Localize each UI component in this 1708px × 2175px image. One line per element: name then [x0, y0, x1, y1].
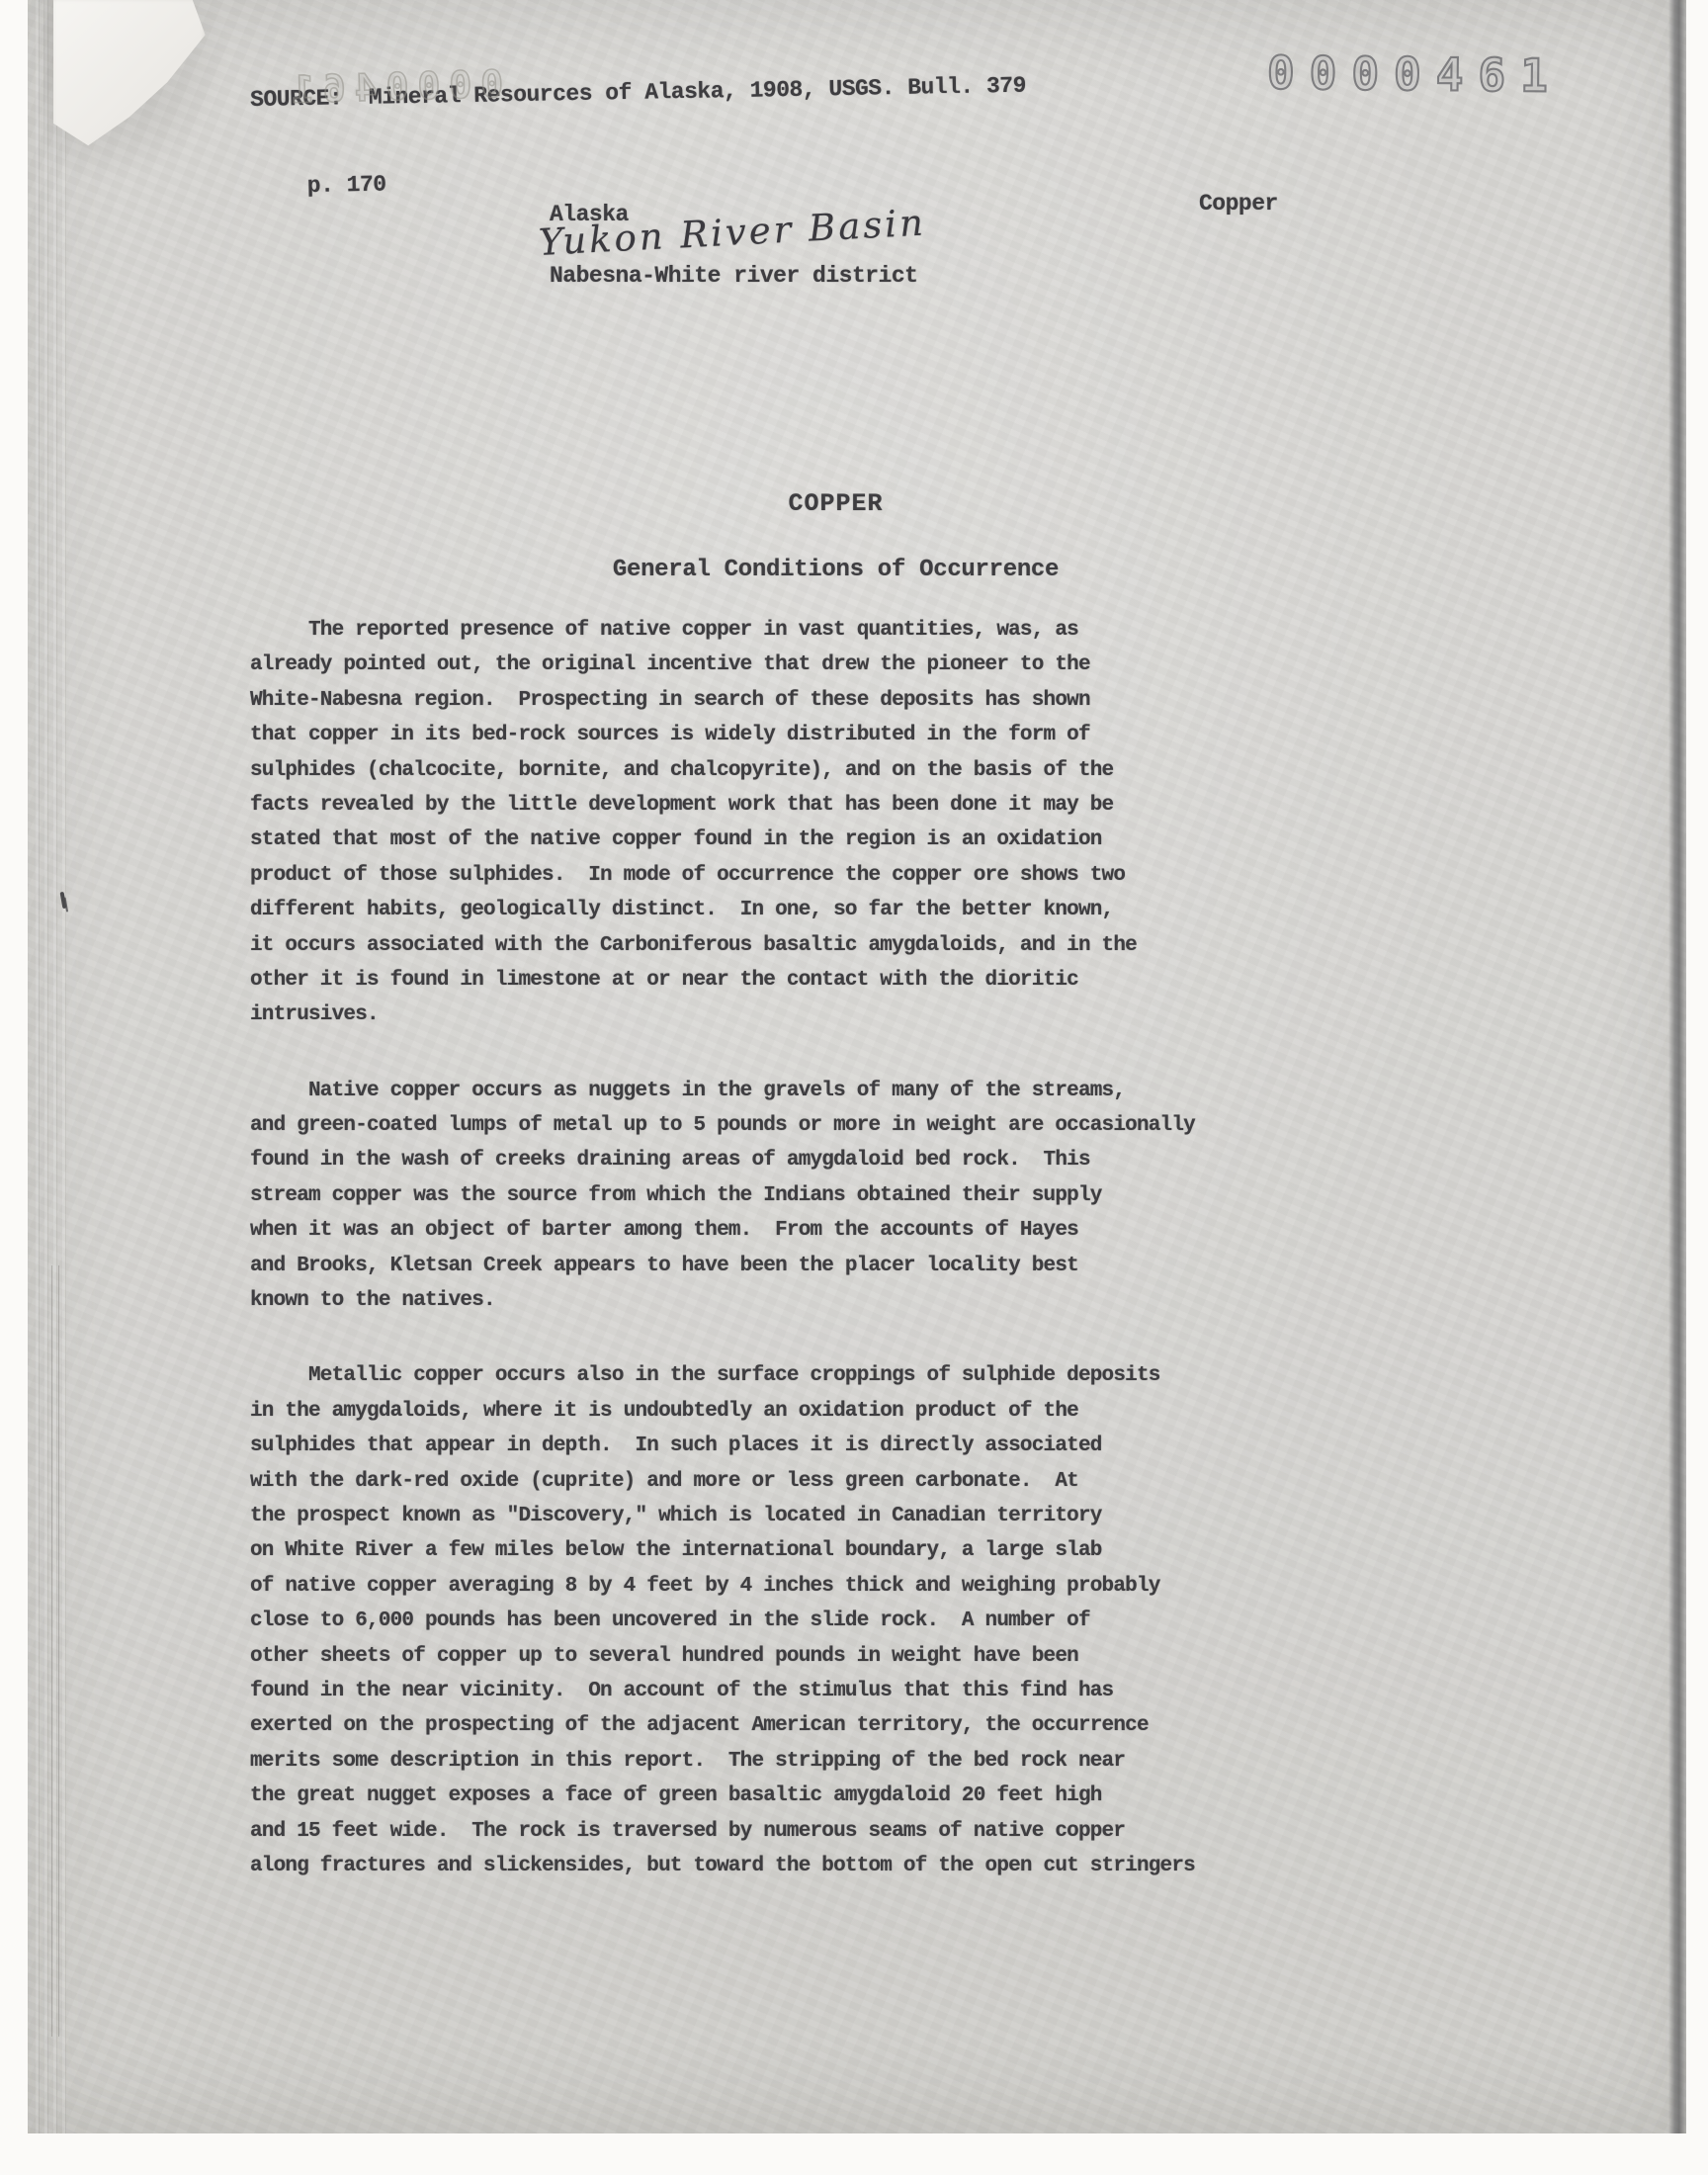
district-label: Nabesna-White river district [550, 263, 917, 289]
text-line: on White River a few miles below the int… [250, 1533, 1565, 1568]
text-line: merits some description in this report. … [250, 1744, 1565, 1779]
text-line: The reported presence of native copper i… [250, 613, 1565, 648]
text-line: sulphides (chalcocite, bornite, and chal… [250, 753, 1565, 788]
text-line: Metallic copper occurs also in the surfa… [250, 1358, 1565, 1393]
text-line: product of those sulphides. In mode of o… [250, 858, 1565, 893]
scanned-document-page: { "source": { "label": "SOURCE:", "citat… [0, 0, 1708, 2175]
text-line: found in the near vicinity. On account o… [250, 1674, 1565, 1708]
text-line: facts revealed by the little development… [250, 788, 1565, 823]
text-line: and 15 feet wide. The rock is traversed … [250, 1814, 1565, 1849]
text-line: close to 6,000 pounds has been uncovered… [250, 1604, 1565, 1638]
text-line: different habits, geologically distinct.… [250, 893, 1565, 927]
text-line: other it is found in limestone at or nea… [250, 963, 1565, 998]
text-line: that copper in its bed-rock sources is w… [250, 718, 1565, 752]
text-line: the prospect known as "Discovery," which… [250, 1499, 1565, 1533]
text-line: along fractures and slickensides, but to… [250, 1849, 1565, 1883]
text-line: intrusives. [250, 998, 1565, 1032]
scan-streaks [49, 1265, 63, 2037]
text-line: already pointed out, the original incent… [250, 648, 1565, 682]
paragraph: The reported presence of native copper i… [250, 613, 1565, 1033]
paragraph: Metallic copper occurs also in the surfa… [250, 1358, 1565, 1883]
document-number-stamp: 0000461 [1267, 45, 1563, 102]
text-line: of native copper averaging 8 by 4 feet b… [250, 1569, 1565, 1604]
document-subtitle: General Conditions of Occurrence [250, 557, 1421, 583]
text-line: stated that most of the native copper fo… [250, 823, 1565, 857]
text-line: found in the wash of creeks draining are… [250, 1143, 1565, 1177]
text-line: the great nugget exposes a face of green… [250, 1779, 1565, 1813]
scan-edge-right [1668, 0, 1686, 2133]
text-line: Native copper occurs as nuggets in the g… [250, 1074, 1565, 1108]
text-line: with the dark-red oxide (cuprite) and mo… [250, 1464, 1565, 1499]
text-line: exerted on the prospecting of the adjace… [250, 1708, 1565, 1743]
subject-label: Copper [1199, 191, 1278, 217]
paragraph: Native copper occurs as nuggets in the g… [250, 1074, 1565, 1319]
text-line: other sheets of copper up to several hun… [250, 1639, 1565, 1674]
document-title: COPPER [250, 489, 1421, 518]
bleed-through-stamp: 0000461 [282, 62, 503, 112]
source-page-ref: p. 170 [307, 154, 1339, 199]
text-line: known to the natives. [250, 1283, 1565, 1318]
text-line: and Brooks, Kletsan Creek appears to hav… [250, 1249, 1565, 1283]
source-header: SOURCE: Mineral Resources of Alaska, 190… [249, 16, 1339, 225]
text-line: when it was an object of barter among th… [250, 1213, 1565, 1248]
text-line: stream copper was the source from which … [250, 1178, 1565, 1213]
text-line: and green-coated lumps of metal up to 5 … [250, 1108, 1565, 1143]
document-body: The reported presence of native copper i… [250, 613, 1565, 1924]
text-line: in the amygdaloids, where it is undoubte… [250, 1394, 1565, 1429]
text-line: White-Nabesna region. Prospecting in sea… [250, 683, 1565, 718]
text-line: it occurs associated with the Carbonifer… [250, 928, 1565, 963]
text-line: sulphides that appear in depth. In such … [250, 1429, 1565, 1463]
